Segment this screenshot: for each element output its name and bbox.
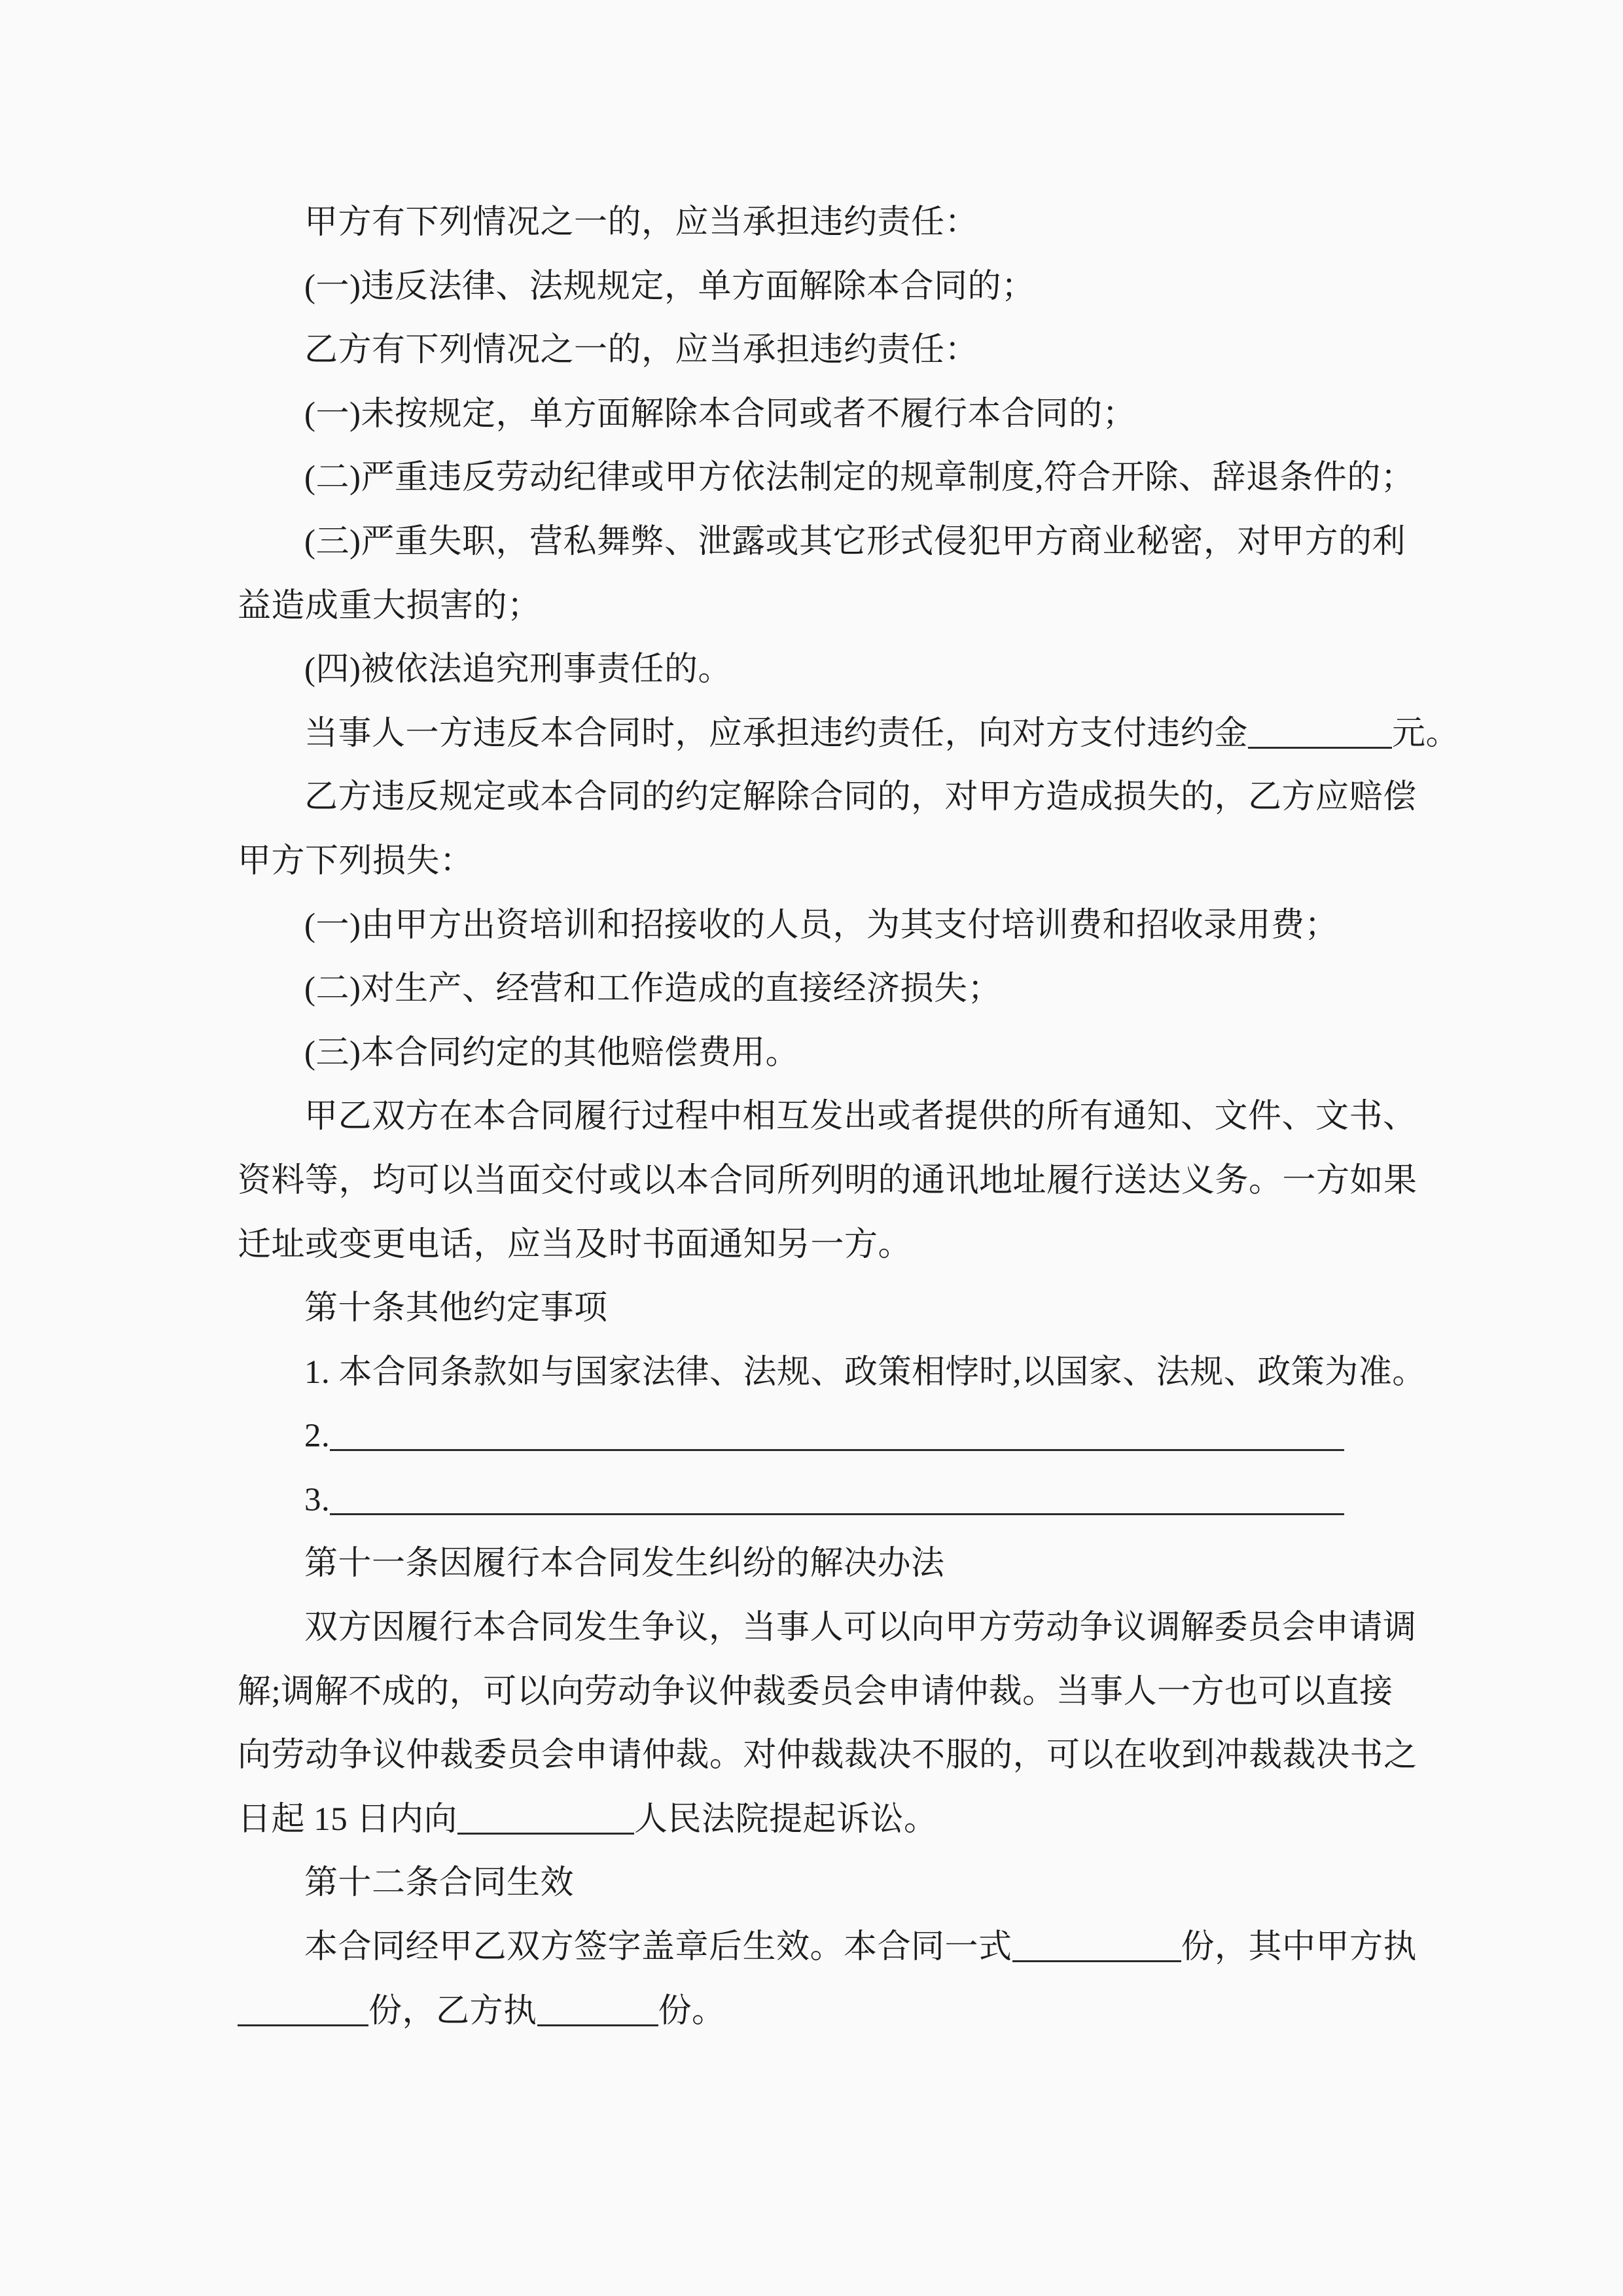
- text-run: 元。: [1392, 715, 1459, 752]
- text-run: 资料等，均可以当面交付或以本合同所列明的通讯地址履行送达义务。一方如果: [238, 1162, 1418, 1199]
- text-run: 第十二条合同生效: [304, 1865, 574, 1901]
- text-run: (四)被依法追究刑事责任的。: [304, 651, 732, 688]
- document-line: 迁址或变更电话，应当及时书面通知另一方。: [238, 1213, 1409, 1278]
- document-line: (四)被依法追究刑事责任的。: [238, 638, 1409, 702]
- document-line: 第十一条因履行本合同发生纠纷的解决办法: [238, 1532, 1409, 1596]
- fill-in-blank-underline: [457, 1799, 634, 1835]
- document-line: (三)严重失职，营私舞弊、泄露或其它形式侵犯甲方商业秘密，对甲方的利: [238, 511, 1409, 575]
- fill-in-blank-underline: [330, 1415, 1344, 1451]
- contract-page: 甲方有下列情况之一的，应当承担违约责任：(一)违反法律、法规规定，单方面解除本合…: [0, 0, 1623, 2296]
- text-run: 向劳动争议仲裁委员会申请仲裁。对仲裁裁决不服的，可以在收到冲裁裁决书之: [238, 1737, 1418, 1774]
- document-line: 当事人一方违反本合同时，应承担违约责任，向对方支付违约金元。: [238, 702, 1409, 766]
- fill-in-blank-underline: [238, 1990, 368, 2026]
- document-line: 1. 本合同条款如与国家法律、法规、政策相悖时,以国家、法规、政策为准。: [238, 1341, 1409, 1405]
- document-line: 日起 15 日内向人民法院提起诉讼。: [238, 1788, 1409, 1852]
- text-run: 人民法院提起诉讼。: [634, 1801, 938, 1838]
- document-line: 本合同经甲乙双方签字盖章后生效。本合同一式份，其中甲方执: [238, 1916, 1409, 1980]
- document-body: 甲方有下列情况之一的，应当承担违约责任：(一)违反法律、法规规定，单方面解除本合…: [238, 191, 1409, 2043]
- text-run: 解;调解不成的，可以向劳动争议仲裁委员会申请仲裁。当事人一方也可以直接: [238, 1674, 1393, 1710]
- text-run: 份，其中甲方执: [1181, 1929, 1418, 1965]
- document-line: 甲乙双方在本合同履行过程中相互发出或者提供的所有通知、文件、文书、: [238, 1085, 1409, 1149]
- text-run: 益造成重大损害的；: [238, 588, 541, 624]
- document-line: 甲方下列损失：: [238, 830, 1409, 894]
- text-run: 日起 15 日内向: [238, 1801, 457, 1838]
- text-run: 本合同经甲乙双方签字盖章后生效。本合同一式: [304, 1929, 1012, 1965]
- text-run: 双方因履行本合同发生争议，当事人可以向甲方劳动争议调解委员会申请调: [304, 1609, 1417, 1646]
- fill-in-blank-underline: [330, 1479, 1344, 1515]
- fill-in-blank-underline: [537, 1990, 658, 2026]
- document-line: 份，乙方执份。: [238, 1980, 1409, 2044]
- document-line: 乙方有下列情况之一的，应当承担违约责任：: [238, 319, 1409, 383]
- text-run: (三)严重失职，营私舞弊、泄露或其它形式侵犯甲方商业秘密，对甲方的利: [304, 524, 1406, 560]
- text-run: 当事人一方违反本合同时，应承担违约责任，向对方支付违约金: [304, 715, 1248, 752]
- text-run: 份，乙方执: [368, 1993, 537, 2030]
- document-line: (三)本合同约定的其他赔偿费用。: [238, 1022, 1409, 1086]
- fill-in-blank-underline: [1248, 713, 1392, 749]
- text-run: 甲方下列损失：: [238, 843, 474, 880]
- text-run: (一)违反法律、法规规定，单方面解除本合同的；: [304, 268, 1035, 305]
- document-line: 益造成重大损害的；: [238, 575, 1409, 639]
- fill-in-blank-underline: [1012, 1926, 1181, 1962]
- text-run: 2.: [304, 1418, 330, 1454]
- text-run: 乙方违反规定或本合同的约定解除合同的，对甲方造成损失的，乙方应赔偿: [304, 779, 1417, 816]
- text-run: 3.: [304, 1482, 330, 1518]
- text-run: 第十条其他约定事项: [304, 1290, 608, 1327]
- document-line: (二)严重违反劳动纪律或甲方依法制定的规章制度,符合开除、辞退条件的；: [238, 446, 1409, 511]
- document-line: 解;调解不成的，可以向劳动争议仲裁委员会申请仲裁。当事人一方也可以直接: [238, 1660, 1409, 1725]
- document-line: (二)对生产、经营和工作造成的直接经济损失；: [238, 958, 1409, 1022]
- document-line: 第十二条合同生效: [238, 1852, 1409, 1916]
- text-run: 甲乙双方在本合同履行过程中相互发出或者提供的所有通知、文件、文书、: [304, 1098, 1417, 1135]
- document-line: 2.: [238, 1405, 1409, 1469]
- document-line: 双方因履行本合同发生争议，当事人可以向甲方劳动争议调解委员会申请调: [238, 1596, 1409, 1660]
- document-line: (一)未按规定，单方面解除本合同或者不履行本合同的；: [238, 383, 1409, 447]
- document-line: 资料等，均可以当面交付或以本合同所列明的通讯地址履行送达义务。一方如果: [238, 1149, 1409, 1213]
- document-line: 乙方违反规定或本合同的约定解除合同的，对甲方造成损失的，乙方应赔偿: [238, 766, 1409, 830]
- document-line: 向劳动争议仲裁委员会申请仲裁。对仲裁裁决不服的，可以在收到冲裁裁决书之: [238, 1724, 1409, 1788]
- document-line: 3.: [238, 1469, 1409, 1533]
- document-line: (一)违反法律、法规规定，单方面解除本合同的；: [238, 255, 1409, 319]
- text-run: (二)对生产、经营和工作造成的直接经济损失；: [304, 971, 1001, 1007]
- text-run: 迁址或变更电话，应当及时书面通知另一方。: [238, 1227, 912, 1263]
- text-run: 甲方有下列情况之一的，应当承担违约责任：: [304, 204, 978, 241]
- document-line: (一)由甲方出资培训和招接收的人员，为其支付培训费和招收录用费；: [238, 894, 1409, 958]
- text-run: (三)本合同约定的其他赔偿费用。: [304, 1035, 799, 1071]
- document-line: 第十条其他约定事项: [238, 1277, 1409, 1341]
- text-run: 份。: [658, 1993, 726, 2030]
- text-run: 乙方有下列情况之一的，应当承担违约责任：: [304, 332, 978, 368]
- text-run: (一)未按规定，单方面解除本合同或者不履行本合同的；: [304, 396, 1136, 433]
- document-line: 甲方有下列情况之一的，应当承担违约责任：: [238, 191, 1409, 255]
- text-run: 1. 本合同条款如与国家法律、法规、政策相悖时,以国家、法规、政策为准。: [304, 1354, 1426, 1391]
- text-run: 第十一条因履行本合同发生纠纷的解决办法: [304, 1545, 945, 1582]
- text-run: (一)由甲方出资培训和招接收的人员，为其支付培训费和招收录用费；: [304, 907, 1338, 944]
- text-run: (二)严重违反劳动纪律或甲方依法制定的规章制度,符合开除、辞退条件的；: [304, 459, 1414, 496]
